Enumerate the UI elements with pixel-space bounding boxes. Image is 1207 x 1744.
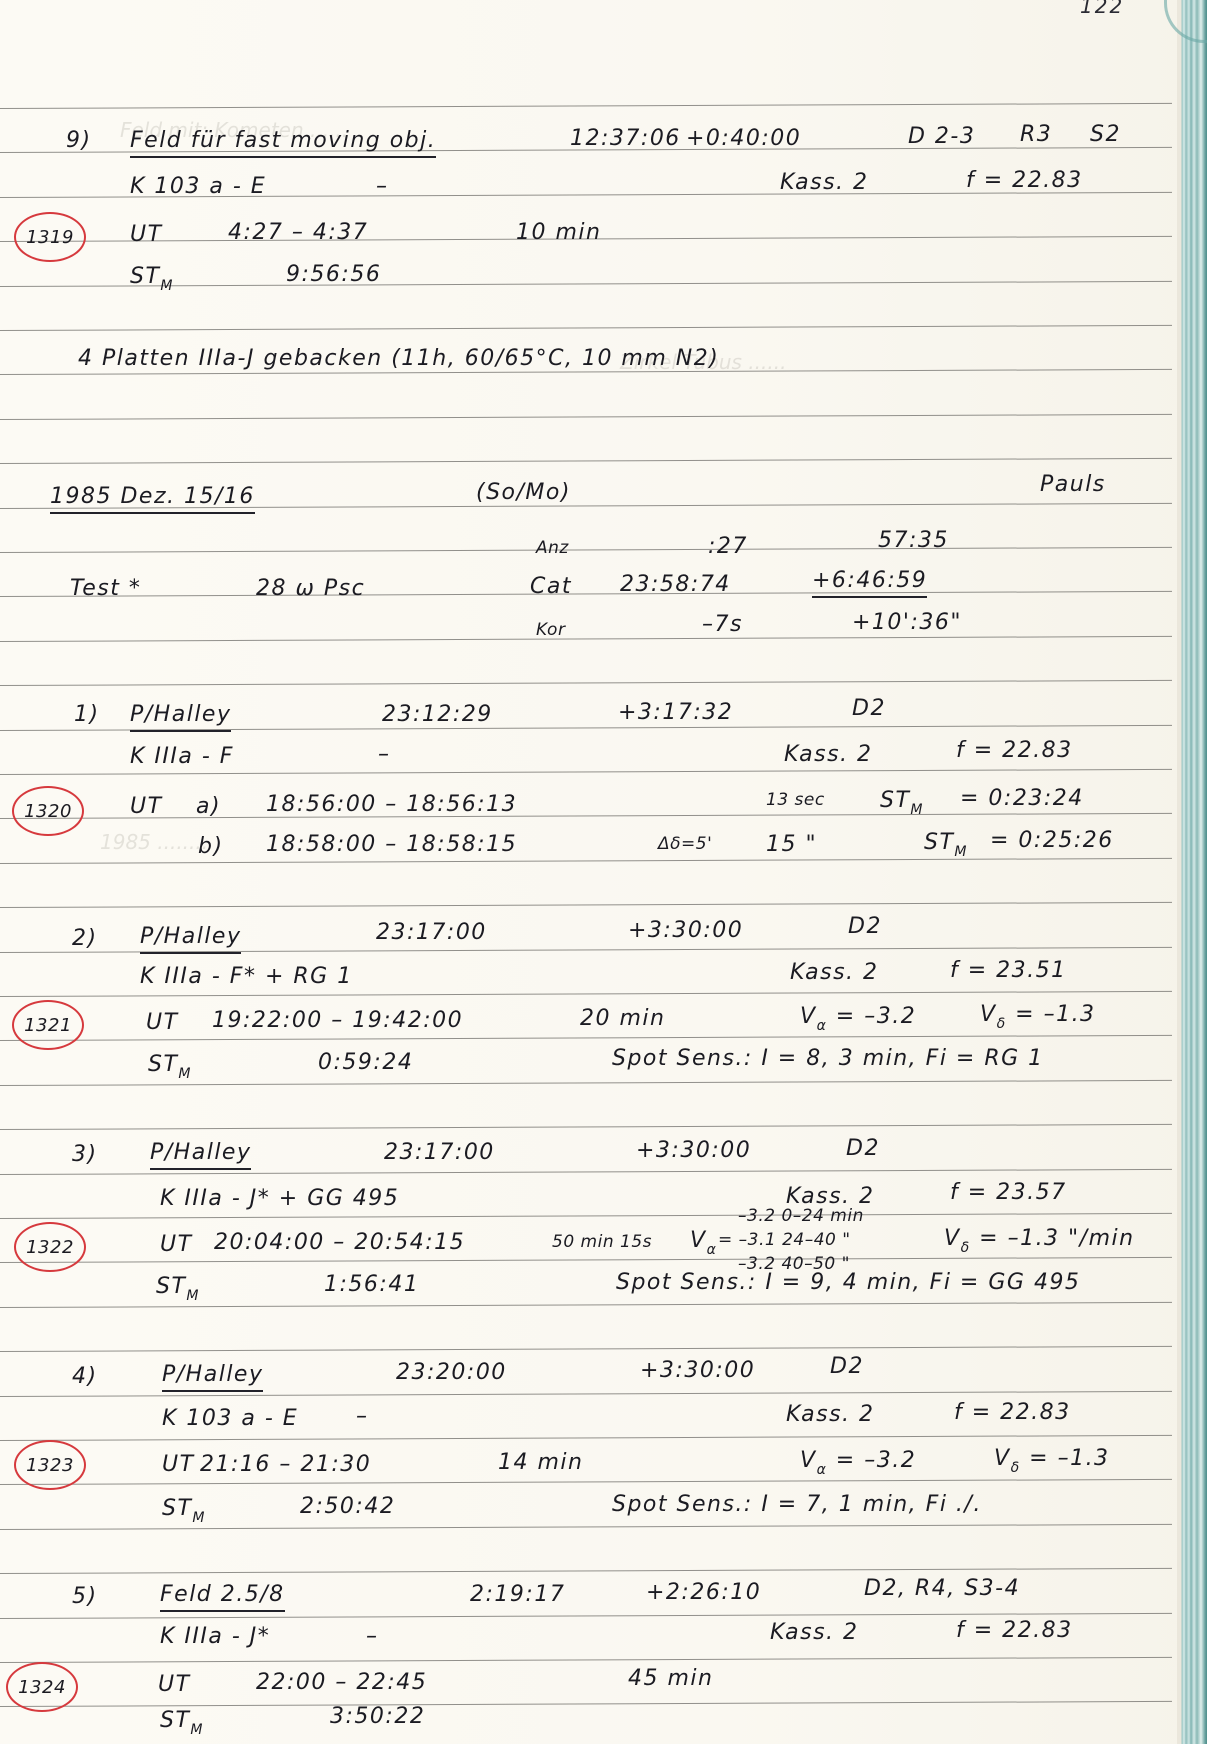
exposure-a: 13 sec	[766, 792, 825, 809]
kor-label: Kor	[536, 622, 565, 639]
cat-ra: 23:58:74	[620, 574, 731, 596]
declination: +0:40:00	[686, 128, 801, 150]
ruled-line	[0, 458, 1172, 464]
ruled-line	[0, 1346, 1172, 1352]
sidereal-time: 0:59:24	[318, 1052, 413, 1074]
plate-number-circle: 1323	[14, 1440, 86, 1490]
ut-range: 21:16 – 21:30	[200, 1454, 371, 1476]
kassette: Kass. 2	[786, 1404, 875, 1426]
ut-range: 4:27 – 4:37	[228, 222, 368, 244]
ruled-line	[0, 547, 1172, 553]
ruled-line	[0, 325, 1172, 331]
ut-label: UT	[162, 1454, 195, 1476]
exposure-time: 10 min	[516, 222, 601, 244]
focus: f = 23.51	[950, 960, 1067, 982]
v-alpha-row: –3.2 0–24 min	[738, 1208, 864, 1225]
ruled-line	[0, 1479, 1172, 1485]
focus: f = 22.83	[966, 170, 1083, 192]
plate-type: K IIIa - J* + GG 495	[160, 1188, 399, 1210]
sidereal-time: 3:50:22	[330, 1706, 425, 1728]
binding-curl	[1164, 0, 1207, 43]
anz-ra: :27	[708, 536, 748, 558]
ut-range: 22:00 – 22:45	[256, 1672, 427, 1694]
exposure-time: 50 min 15s	[552, 1234, 652, 1251]
ut-a-range: 18:56:00 – 18:56:13	[266, 794, 517, 816]
detector: D 2-3	[908, 126, 975, 148]
ut-label: UT	[160, 1234, 193, 1256]
st-label: STM	[160, 1710, 204, 1737]
cat-label: Cat	[530, 576, 572, 598]
focus: f = 22.83	[954, 1402, 1071, 1424]
plate-type: K IIIa - F	[130, 746, 234, 768]
entry-index: 4)	[72, 1366, 98, 1388]
detector: D2	[830, 1356, 864, 1378]
v-alpha-row: = –3.1 24–40 "	[718, 1232, 851, 1249]
ut-b-label: b)	[198, 836, 224, 858]
ruled-line	[0, 1435, 1172, 1441]
v-delta: Vδ = –1.3	[994, 1448, 1110, 1475]
spot-sensitivity: Spot Sens.: I = 7, 1 min, Fi ./.	[612, 1494, 982, 1516]
observer-name: Pauls	[1040, 474, 1106, 496]
ruled-line	[0, 1213, 1172, 1219]
kassette: Kass. 2	[770, 1622, 859, 1644]
ruled-line	[0, 769, 1172, 775]
declination: +3:17:32	[618, 702, 733, 724]
detector: D2	[848, 916, 882, 938]
right-ascension: 12:37:06	[570, 128, 681, 150]
ruled-line	[0, 1257, 1172, 1263]
night-weekday: (So/Mo)	[476, 482, 571, 504]
v-delta: Vδ = –1.3	[980, 1004, 1096, 1031]
right-ascension: 23:20:00	[396, 1362, 507, 1384]
kassette: Kass. 2	[790, 962, 879, 984]
object-name: P/Halley	[162, 1364, 263, 1392]
ut-a-label: a)	[196, 796, 221, 818]
object-name: P/Halley	[130, 704, 231, 732]
notebook-binding-edge	[1177, 0, 1207, 1744]
declination: +3:30:00	[636, 1140, 751, 1162]
sidereal-time: 1:56:41	[324, 1274, 419, 1296]
kassette: Kass. 2	[786, 1186, 875, 1208]
notebook-page: 122 Feld mit: Kometen ...... Zirkel Tubu…	[0, 0, 1207, 1744]
ut-range: 19:22:00 – 19:42:00	[212, 1010, 463, 1032]
plate-number-circle: 1324	[6, 1662, 78, 1712]
ruled-line	[0, 636, 1172, 642]
filter: –	[378, 744, 391, 766]
v-alpha-label: Vα	[690, 1230, 717, 1257]
v-alpha: Vα = –3.2	[800, 1450, 916, 1477]
ruled-line	[0, 813, 1172, 819]
st-b-label: STM	[924, 832, 968, 859]
entry-index: 2)	[72, 928, 98, 950]
anz-label: Anz	[536, 540, 569, 557]
declination: +3:30:00	[640, 1360, 755, 1382]
entry-index: 1)	[74, 704, 100, 726]
filter: –	[356, 1406, 369, 1428]
st-a-value: = 0:23:24	[960, 788, 1084, 810]
ruled-line	[0, 591, 1172, 597]
st-b-value: = 0:25:26	[990, 830, 1114, 852]
exposure-b: 15 "	[766, 834, 817, 856]
plate-number-circle: 1322	[14, 1222, 86, 1272]
ruled-line	[0, 1035, 1172, 1041]
r-setting: R3	[1020, 124, 1052, 146]
focus: f = 23.57	[950, 1182, 1067, 1204]
exposure-time: 20 min	[580, 1008, 665, 1030]
test-star-name: 28 ω Psc	[256, 578, 365, 600]
entry-index: 3)	[72, 1144, 98, 1166]
ruled-line	[0, 680, 1172, 686]
anz-dec: 57:35	[878, 530, 949, 552]
show-through-text: 1985 ........	[100, 830, 208, 854]
s-setting: S2	[1090, 124, 1121, 146]
kassette: Kass. 2	[784, 744, 873, 766]
spot-sensitivity: Spot Sens.: I = 9, 4 min, Fi = GG 495	[616, 1272, 1080, 1294]
ruled-line	[0, 1124, 1172, 1130]
filter: –	[376, 176, 389, 198]
focus: f = 22.83	[956, 1620, 1073, 1642]
ut-label: UT	[146, 1012, 179, 1034]
sidereal-time: 2:50:42	[300, 1496, 395, 1518]
plate-type: K IIIa - F* + RG 1	[140, 966, 353, 988]
st-a-label: STM	[880, 790, 924, 817]
night-date: 1985 Dez. 15/16	[50, 486, 255, 514]
ruled-line	[0, 1568, 1172, 1574]
ruled-line	[0, 103, 1172, 109]
exposure-time: 14 min	[498, 1452, 583, 1474]
plate-number-circle: 1319	[14, 212, 86, 262]
kor-dec: +10':36"	[852, 612, 962, 634]
kassette: Kass. 2	[780, 172, 869, 194]
plate-type: K 103 a - E	[130, 176, 266, 198]
declination: +2:26:10	[646, 1582, 761, 1604]
test-star-label: Test *	[70, 578, 141, 600]
st-label: STM	[156, 1276, 200, 1303]
cat-dec: +6:46:59	[812, 570, 927, 598]
ut-label: UT	[130, 796, 163, 818]
plate-number-circle: 1321	[12, 1000, 84, 1050]
object-name: Feld für fast moving obj.	[130, 130, 436, 158]
v-delta: Vδ = –1.3 "/min	[944, 1228, 1135, 1255]
right-ascension: 2:19:17	[470, 1584, 565, 1606]
plate-number-circle: 1320	[12, 786, 84, 836]
filter: –	[366, 1626, 379, 1648]
ut-label: UT	[130, 224, 163, 246]
spot-sensitivity: Spot Sens.: I = 8, 3 min, Fi = RG 1	[612, 1048, 1044, 1070]
ruled-line	[0, 902, 1172, 908]
kor-ra: –7s	[702, 614, 743, 636]
baking-note: 4 Platten IIIa-J gebacken (11h, 60/65°C,…	[78, 348, 719, 370]
ruled-line	[0, 858, 1172, 864]
right-ascension: 23:17:00	[376, 922, 487, 944]
object-name: P/Halley	[150, 1142, 251, 1170]
v-alpha: Vα = –3.2	[800, 1006, 916, 1033]
ruled-line	[0, 280, 1172, 286]
ut-range: 20:04:00 – 20:54:15	[214, 1232, 465, 1254]
object-name: Feld 2.5/8	[160, 1584, 285, 1612]
ruled-line	[0, 414, 1172, 420]
st-label: STM	[148, 1054, 192, 1081]
right-ascension: 23:17:00	[384, 1142, 495, 1164]
detector: D2	[852, 698, 886, 720]
plate-type: K IIIa - J*	[160, 1626, 270, 1648]
plate-type: K 103 a - E	[162, 1408, 298, 1430]
ruled-line	[0, 1657, 1172, 1663]
ut-label: UT	[158, 1674, 191, 1696]
page-number: 122	[1080, 0, 1124, 18]
declination: +3:30:00	[628, 920, 743, 942]
object-name: P/Halley	[140, 926, 241, 954]
st-label: STM	[130, 266, 174, 293]
st-label: STM	[162, 1498, 206, 1525]
ruled-line	[0, 991, 1172, 997]
focus: f = 22.83	[956, 740, 1073, 762]
sidereal-time: 9:56:56	[286, 264, 381, 286]
detector: D2	[846, 1138, 880, 1160]
ruled-line	[0, 1701, 1172, 1707]
ut-b-range: 18:58:00 – 18:58:15	[266, 834, 517, 856]
entry-index: 9)	[66, 130, 92, 152]
detector: D2, R4, S3-4	[864, 1578, 1020, 1600]
exposure-time: 45 min	[628, 1668, 713, 1690]
entry-index: 5)	[72, 1586, 98, 1608]
right-ascension: 23:12:29	[382, 704, 493, 726]
offset-b: Δδ=5'	[658, 836, 712, 853]
